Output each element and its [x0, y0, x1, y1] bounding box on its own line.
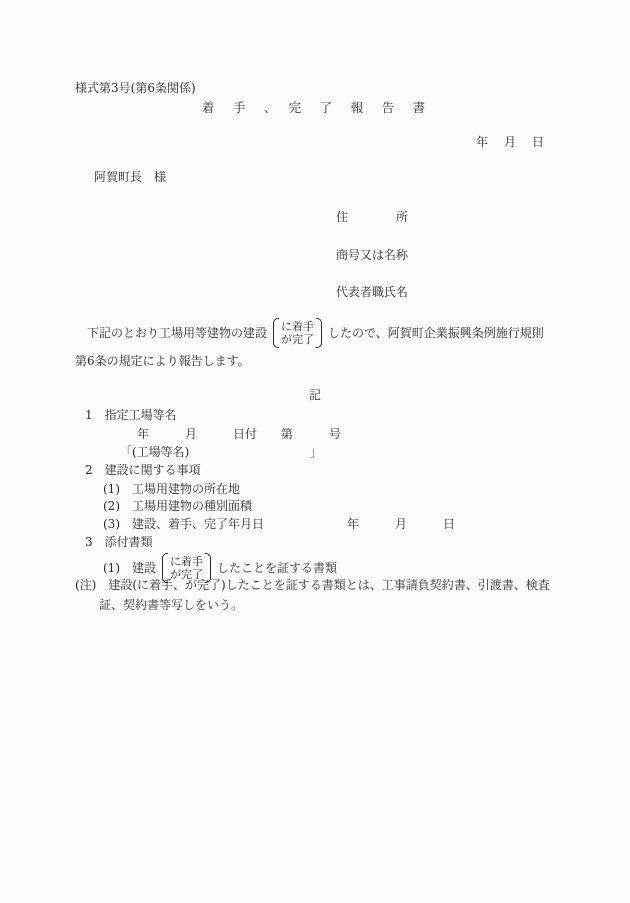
ki-heading: 記	[0, 387, 630, 403]
section-2-sub-1: (1) 工場用建物の所在地	[103, 481, 240, 497]
construction-date-field: 年 月 日	[347, 516, 455, 532]
bracket-right-icon	[316, 318, 322, 348]
section-2-sub-2: (2) 工場用建物の種別面積	[103, 498, 252, 514]
attachment-text-post: したことを証する書類	[217, 560, 337, 576]
attachment-bracket-option-start: に着手	[170, 555, 203, 568]
bracket-option-start: に着手	[281, 320, 314, 333]
section-2-sub-3: (3) 建設、着手、完了年月日 年 月 日	[103, 516, 455, 532]
body-paragraph-line2: 第6条の規定により報告します。	[75, 353, 250, 369]
section-2-heading: 2 建設に関する事項	[85, 462, 201, 478]
body-text-pre: 下記のとおり工場用等建物の建設	[75, 325, 267, 341]
form-number: 様式第3号(第6条関係)	[75, 80, 196, 96]
section-3-heading: 3 添付書類	[85, 534, 153, 550]
note-label: (注)	[75, 577, 96, 593]
body-text-post: したので、阿賀町企業振興条例施行規則	[328, 325, 544, 341]
section-2-sub-3-label: (3) 建設、着手、完了年月日	[103, 516, 264, 532]
company-name-label: 商号又は名称	[336, 247, 408, 263]
designation-date-field: 年 月 日付 第 号	[137, 426, 341, 442]
note-line1: (注) 建設(に着手、が完了)したことを証する書類とは、工事請負契約書、引渡書、…	[75, 577, 550, 593]
representative-name-label: 代表者職氏名	[336, 284, 408, 300]
bracket-option-complete: が完了	[281, 333, 314, 346]
factory-name-field: 「(工場等名) 」	[120, 444, 321, 460]
start-complete-bracket: に着手 が完了	[273, 318, 322, 348]
address-label: 住 所	[336, 209, 408, 225]
document-title: 着 手 、 完 了 報 告 書	[0, 100, 630, 116]
report-form-page: 様式第3号(第6条関係) 着 手 、 完 了 報 告 書 年 月 日 阿賀町長 …	[0, 0, 630, 903]
note-text-line1: 建設(に着手、が完了)したことを証する書類とは、工事請負契約書、引渡書、検査	[108, 577, 549, 593]
addressee: 阿賀町長 様	[94, 169, 166, 185]
report-date-field: 年 月 日	[476, 134, 546, 150]
body-paragraph-line1: 下記のとおり工場用等建物の建設 に着手 が完了 したので、阿賀町企業振興条例施行…	[75, 318, 544, 348]
note-text-line2: 証、契約書等写しをいう。	[99, 597, 243, 613]
attachment-text-pre: (1) 建設	[103, 560, 156, 576]
section-1-heading: 1 指定工場等名	[85, 407, 177, 423]
